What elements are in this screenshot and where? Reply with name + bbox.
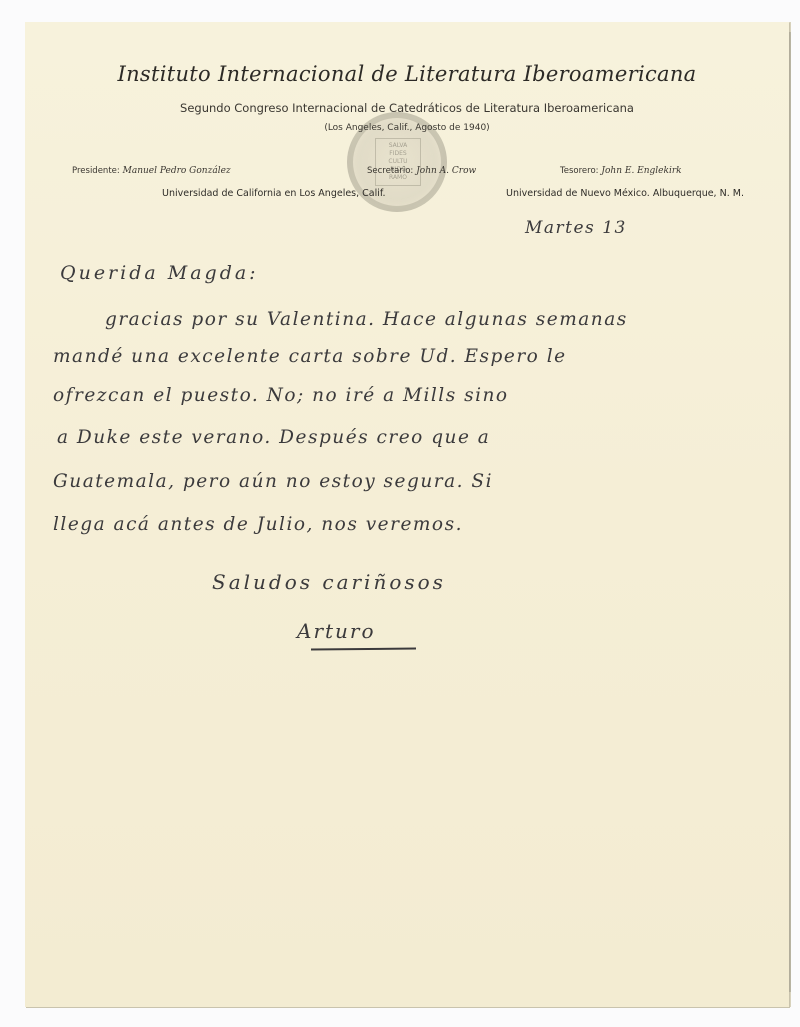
seal-text: FIDES [389, 150, 406, 158]
paper-edge [789, 32, 791, 992]
officer-name: Manuel Pedro González [123, 166, 231, 176]
officer-role: Presidente: [72, 166, 120, 176]
seal-text: CULTU [388, 158, 407, 166]
officer-role: Tesorero: [560, 166, 599, 176]
seal-emblem: SALVA FIDES CULTU NIDO RAMO [375, 138, 421, 186]
letter-closing: Saludos cariñosos [212, 570, 446, 594]
university-new-mexico: Universidad de Nuevo México. Albuquerque… [506, 188, 744, 199]
letter-body-line: mandé una excelente carta sobre Ud. Espe… [53, 346, 567, 367]
letterhead-location-date: (Los Angeles, Calif., Agosto de 1940) [25, 123, 789, 133]
officer-name: John A. Crow [416, 166, 476, 176]
university-california: Universidad de California en Los Angeles… [162, 188, 386, 199]
letter-body-line: llega acá antes de Julio, nos veremos. [53, 514, 463, 535]
officer-secretary: Secretario: John A. Crow [367, 166, 476, 176]
letter-signature: Arturo [297, 619, 376, 643]
letterhead-subtitle: Segundo Congreso Internacional de Catedr… [25, 101, 789, 115]
letter-body-line: a Duke este verano. Después creo que a [57, 427, 490, 448]
letter-paper: SALVA FIDES CULTU NIDO RAMO Instituto In… [25, 22, 789, 1007]
letter-body-line: ofrezcan el puesto. No; no iré a Mills s… [53, 385, 509, 406]
letter-body-line: Guatemala, pero aún no estoy segura. Si [53, 471, 493, 492]
seal-text: SALVA [389, 142, 408, 150]
letter-body-line: gracias por su Valentina. Hace algunas s… [105, 309, 628, 330]
letterhead-title: Instituto Internacional de Literatura Ib… [25, 62, 789, 86]
officer-role: Secretario: [367, 166, 413, 176]
officer-president: Presidente: Manuel Pedro González [72, 166, 231, 176]
officer-name: John E. Englekirk [601, 166, 681, 176]
letter-date: Martes 13 [525, 218, 627, 238]
officer-treasurer: Tesorero: John E. Englekirk [560, 166, 682, 176]
signature-underline [311, 648, 416, 651]
letter-greeting: Querida Magda: [60, 262, 259, 284]
